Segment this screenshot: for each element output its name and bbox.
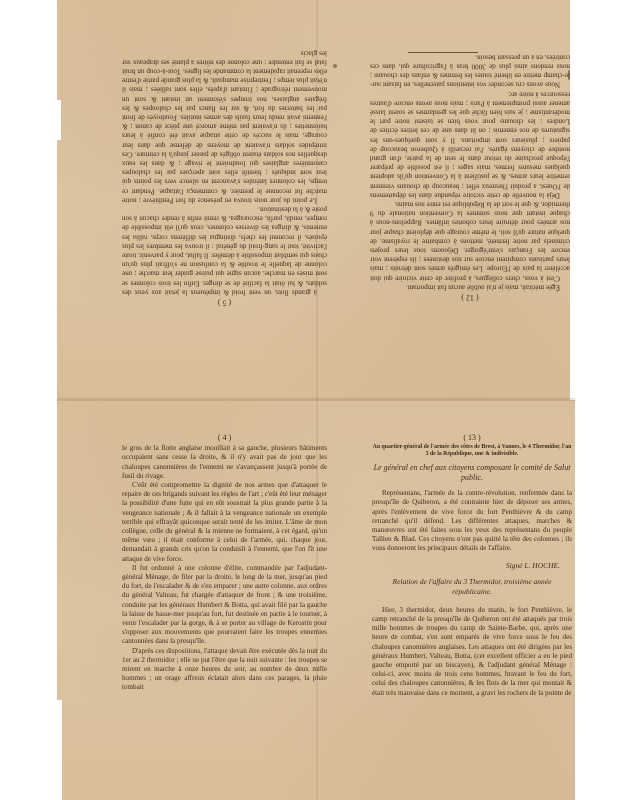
paragraph: C'est à vous, chers collègues, à profite… [370,199,570,282]
torn-edge [57,700,62,800]
paragraph: C'eût été compromettre la dignité de nos… [122,481,327,564]
letter-heading: Le général en chef aux citoyens composan… [372,463,572,483]
paragraph: Hier, 3 thermidor, deux heures du matin,… [372,606,572,698]
horizontal-fold-line [57,398,575,401]
signature: Signé L. HOCHE. [372,561,560,570]
paragraph: Déjà la nouvelle de cette victoire répan… [370,89,570,199]
paragraph: Nous avons cru seconder vos intentions p… [370,52,570,89]
paragraph: D'après ces dispositions, l'attaque deva… [122,647,327,693]
ink-spot [333,64,337,68]
page-number: ( 5 ) [122,298,327,307]
paragraph: Il fut ordonné à une colonne d'élite, co… [122,564,327,647]
paragraph: Représentans, l'armée de la contre-révol… [372,489,572,553]
page-number: ( 4 ) [122,433,327,442]
end-rule [408,52,478,53]
relation-heading: Relation de l'affaire du 3 Thermidor, tr… [372,577,572,597]
page-number: ( 12 ) [370,293,570,302]
page-12-upside-down: ( 12 ) Égée méritait, mais je n'ai oubli… [370,52,570,302]
page-13: ( 13 ) Au quartier-général de l'armée de… [372,433,572,698]
paragraph: le gros de la flotte anglaise mouillait … [122,444,327,481]
dateline: Au quartier-général de l'armée des côtes… [372,444,572,458]
paragraph: Le point du jour nous trouva en présence… [122,48,327,204]
paragraph: à grands flots, un vent froid & impétueu… [122,204,327,296]
page-number: ( 13 ) [372,433,572,442]
torn-edge [57,100,61,140]
page-4: ( 4 ) le gros de la flotte anglaise moui… [122,433,327,693]
paragraph: Égée méritait, mais je n'ai oublié aucun… [370,282,570,291]
page-5-upside-down: ( 5 ) à grands flots, un vent froid & im… [122,48,327,308]
